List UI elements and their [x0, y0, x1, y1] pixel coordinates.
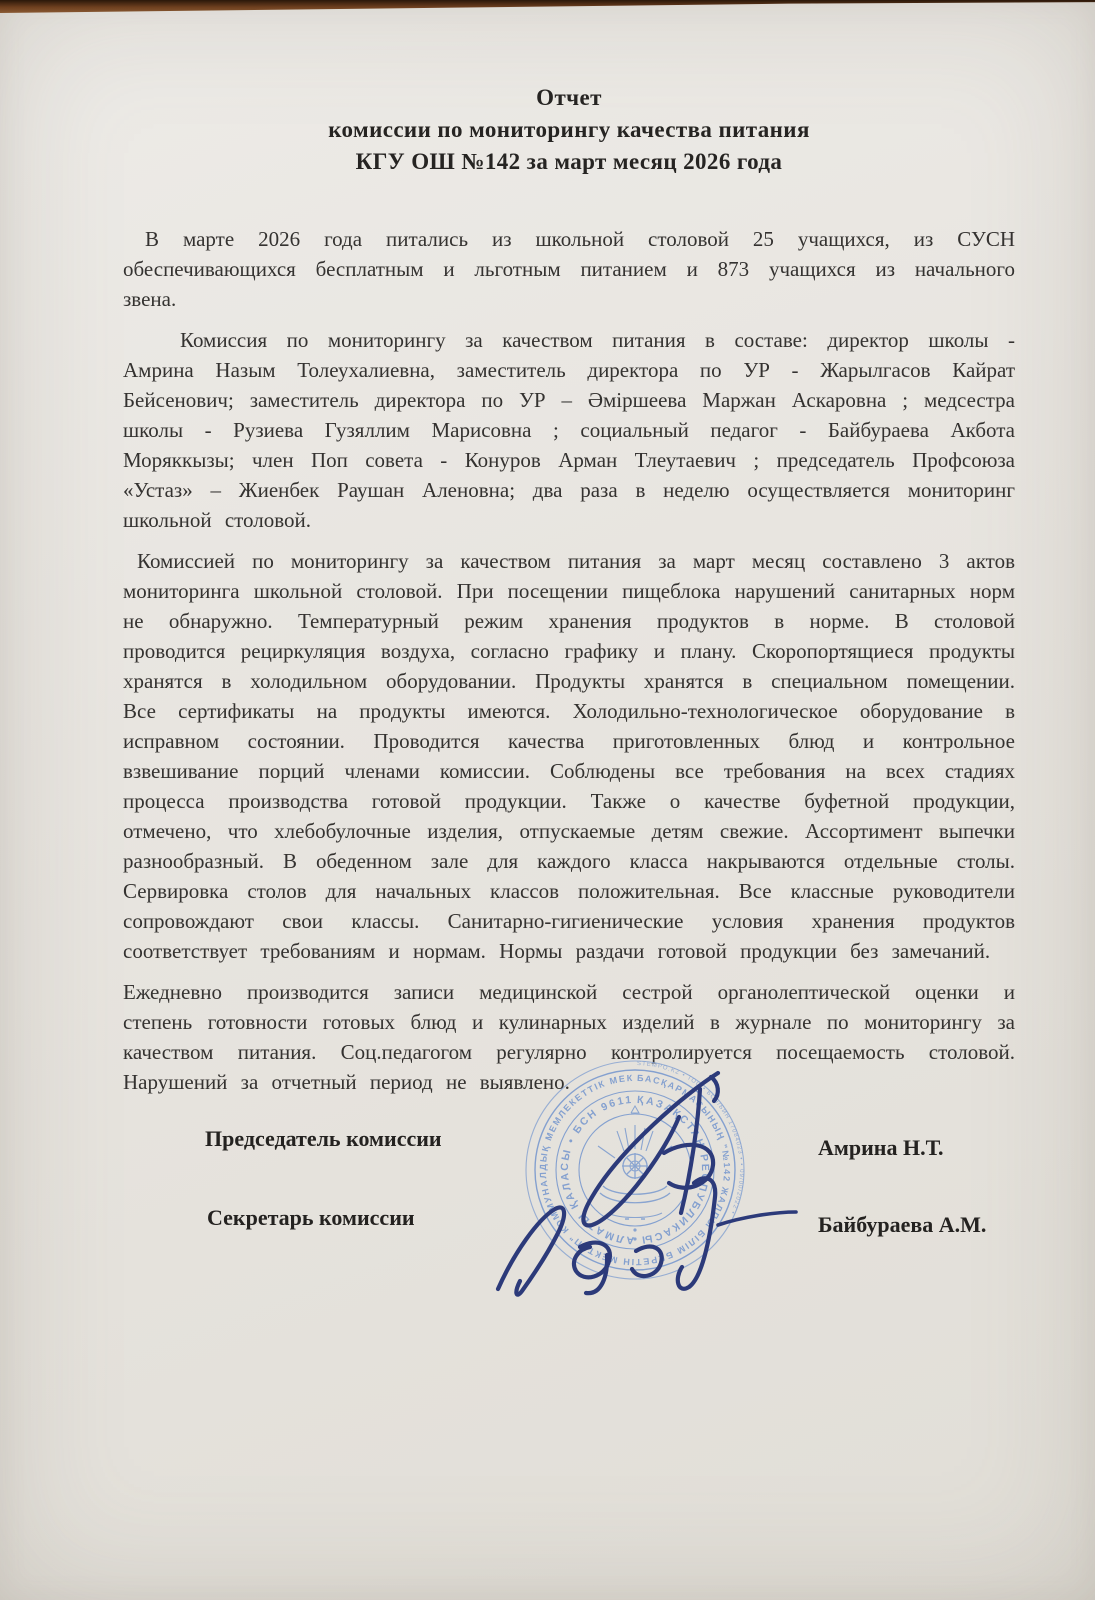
table-edge: [0, 0, 1095, 13]
signature-name-chairman: Амрина Н.Т.: [818, 1135, 944, 1161]
paragraph-monitoring-results: Комиссией по мониторингу за качеством пи…: [123, 546, 1015, 966]
paragraph-commission-members: Комиссия по мониторингу за качеством пит…: [123, 325, 1015, 535]
signature-ink-chairman: [583, 1073, 718, 1225]
handwritten-signatures: [468, 1061, 818, 1306]
signature-section: STEMPO.KZ • ТОО • БСН/БИН 17084023 • • 0…: [0, 1093, 1095, 1393]
document-page: Отчет комиссии по мониторингу качества п…: [123, 82, 1015, 1108]
paragraph-students-count: В марте 2026 года питались из школьной с…: [123, 224, 1015, 314]
title-line-2: комиссии по мониторингу качества питания: [123, 114, 1015, 146]
signature-ink-secretary: [498, 1178, 796, 1294]
signature-name-secretary: Байбураева А.М.: [818, 1212, 986, 1238]
signature-role-secretary: Секретарь комиссии: [207, 1205, 415, 1231]
document-title: Отчет комиссии по мониторингу качества п…: [123, 82, 1015, 178]
title-line-3: КГУ ОШ №142 за март месяц 2026 года: [123, 146, 1015, 178]
signature-role-chairman: Председатель комиссии: [205, 1126, 442, 1152]
title-line-1: Отчет: [123, 82, 1015, 114]
